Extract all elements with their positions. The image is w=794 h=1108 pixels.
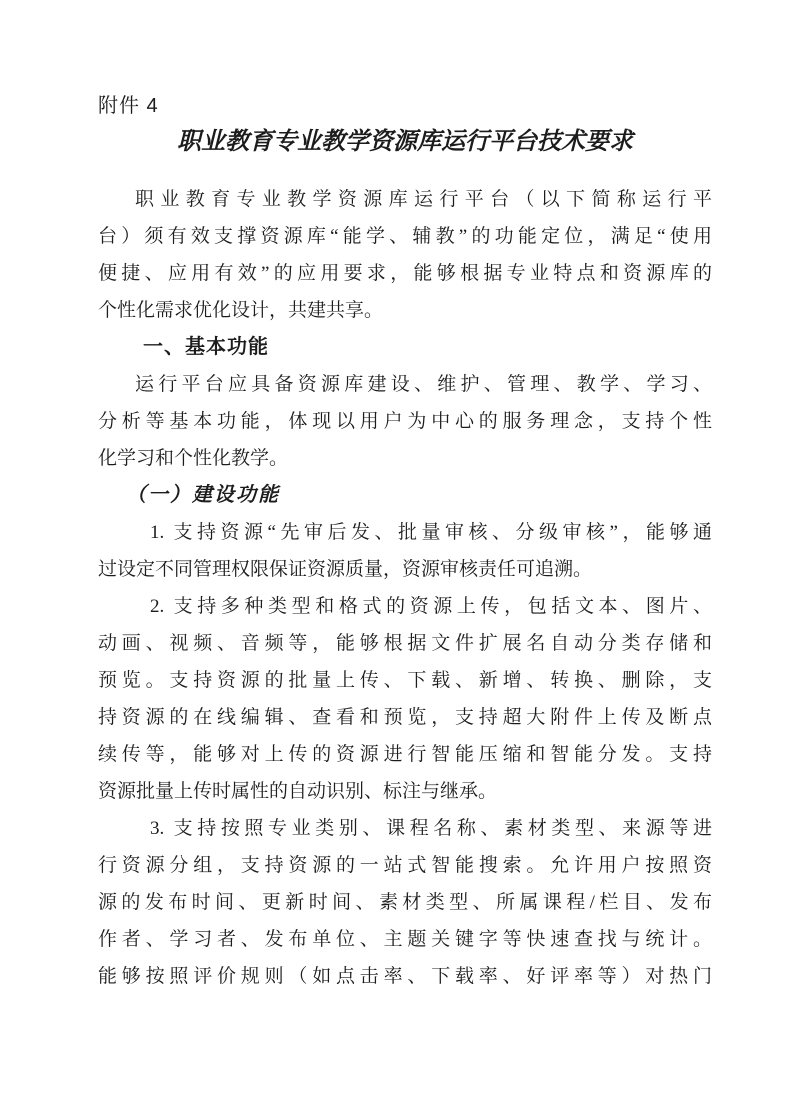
- paragraph: 3. 支持按照专业类别、课程名称、素材类型、来源等进行资源分组，支持资源的一站式…: [98, 810, 712, 995]
- paragraph: 运行平台应具备资源库建设、维护、管理、教学、学习、分析等基本功能，体现以用户为中…: [98, 366, 712, 477]
- text-line: 运行平台应具备资源库建设、维护、管理、教学、学习、: [98, 366, 712, 403]
- text-line: 2. 支持多种类型和格式的资源上传，包括文本、图片、: [98, 588, 712, 625]
- text-line: 职业教育专业教学资源库运行平台（以下简称运行平: [98, 181, 712, 218]
- text-line: 分析等基本功能，体现以用户为中心的服务理念，支持个性: [98, 403, 712, 440]
- subsection-heading: （一）建设功能: [98, 477, 712, 514]
- document-page: 附件 4 职业教育专业教学资源库运行平台技术要求 职业教育专业教学资源库运行平台…: [0, 0, 794, 1108]
- paragraph: 职业教育专业教学资源库运行平台（以下简称运行平台）须有效支撑资源库“能学、辅教”…: [98, 181, 712, 329]
- document-body: 职业教育专业教学资源库运行平台（以下简称运行平台）须有效支撑资源库“能学、辅教”…: [98, 181, 712, 995]
- text-line: 动画、视频、音频等，能够根据文件扩展名自动分类存储和: [98, 625, 712, 662]
- text-line: 源的发布时间、更新时间、素材类型、所属课程/栏目、发布: [98, 884, 712, 921]
- text-line: 过设定不同管理权限保证资源质量，资源审核责任可追溯。: [98, 551, 712, 588]
- text-line: 作者、学习者、发布单位、主题关键字等快速查找与统计。: [98, 921, 712, 958]
- text-line: 3. 支持按照专业类别、课程名称、素材类型、来源等进: [98, 810, 712, 847]
- text-line: 化学习和个性化教学。: [98, 440, 712, 477]
- text-line: 个性化需求优化设计，共建共享。: [98, 292, 712, 329]
- section-heading: 一、基本功能: [98, 329, 712, 366]
- text-line: 资源批量上传时属性的自动识别、标注与继承。: [98, 773, 712, 810]
- text-line: 预览。支持资源的批量上传、下载、新增、转换、删除，支: [98, 662, 712, 699]
- text-line: 1. 支持资源“先审后发、批量审核、分级审核”，能够通: [98, 514, 712, 551]
- attachment-label: 附件 4: [98, 88, 712, 125]
- page-title: 职业教育专业教学资源库运行平台技术要求: [98, 125, 712, 159]
- text-line: 便捷、应用有效”的应用要求，能够根据专业特点和资源库的: [98, 255, 712, 292]
- text-line: 台）须有效支撑资源库“能学、辅教”的功能定位，满足“使用: [98, 218, 712, 255]
- text-line: 续传等，能够对上传的资源进行智能压缩和智能分发。支持: [98, 736, 712, 773]
- paragraph: 1. 支持资源“先审后发、批量审核、分级审核”，能够通过设定不同管理权限保证资源…: [98, 514, 712, 588]
- text-line: 持资源的在线编辑、查看和预览，支持超大附件上传及断点: [98, 699, 712, 736]
- text-line: 行资源分组，支持资源的一站式智能搜索。允许用户按照资: [98, 847, 712, 884]
- text-line: 能够按照评价规则（如点击率、下载率、好评率等）对热门: [98, 958, 712, 995]
- paragraph: 2. 支持多种类型和格式的资源上传，包括文本、图片、动画、视频、音频等，能够根据…: [98, 588, 712, 810]
